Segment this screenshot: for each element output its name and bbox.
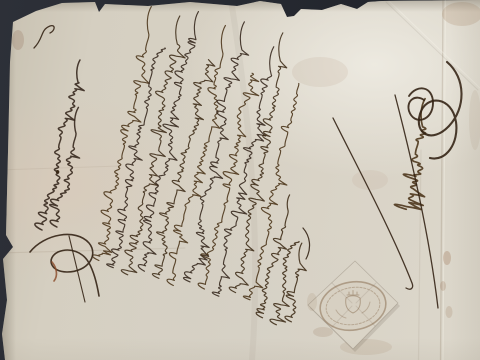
heading-line [34,58,90,233]
body-line [211,45,284,299]
ink-blot [56,170,60,174]
photo-background [0,0,480,360]
stain [352,170,388,190]
closing-line [269,239,303,327]
corner-stain [442,2,480,26]
bottom-left-paraph [30,234,99,296]
wax-wafer-seal [307,261,400,352]
faint-vertical-crease [419,150,422,360]
edge-stain [12,30,24,50]
signature-paraph-loop [419,62,462,159]
fold-creases [0,0,480,360]
seal-smudge [313,327,333,337]
hook-stroke [303,228,310,259]
body-line [90,5,165,263]
fold-stain [446,306,453,318]
paraph-long-tail [333,118,413,289]
faint-horizontal-crease [0,166,120,170]
corner-squiggle [34,26,54,48]
manuscript-paper [0,0,480,360]
seal-smudge [307,293,317,311]
edge-stain [469,90,480,150]
manuscript-artwork [0,0,480,360]
stain [292,57,348,87]
fold-stain [440,281,446,291]
fold-stain [443,251,451,265]
closing-line [255,193,297,319]
paraph-long-tail [395,95,438,308]
body-line [227,33,301,295]
